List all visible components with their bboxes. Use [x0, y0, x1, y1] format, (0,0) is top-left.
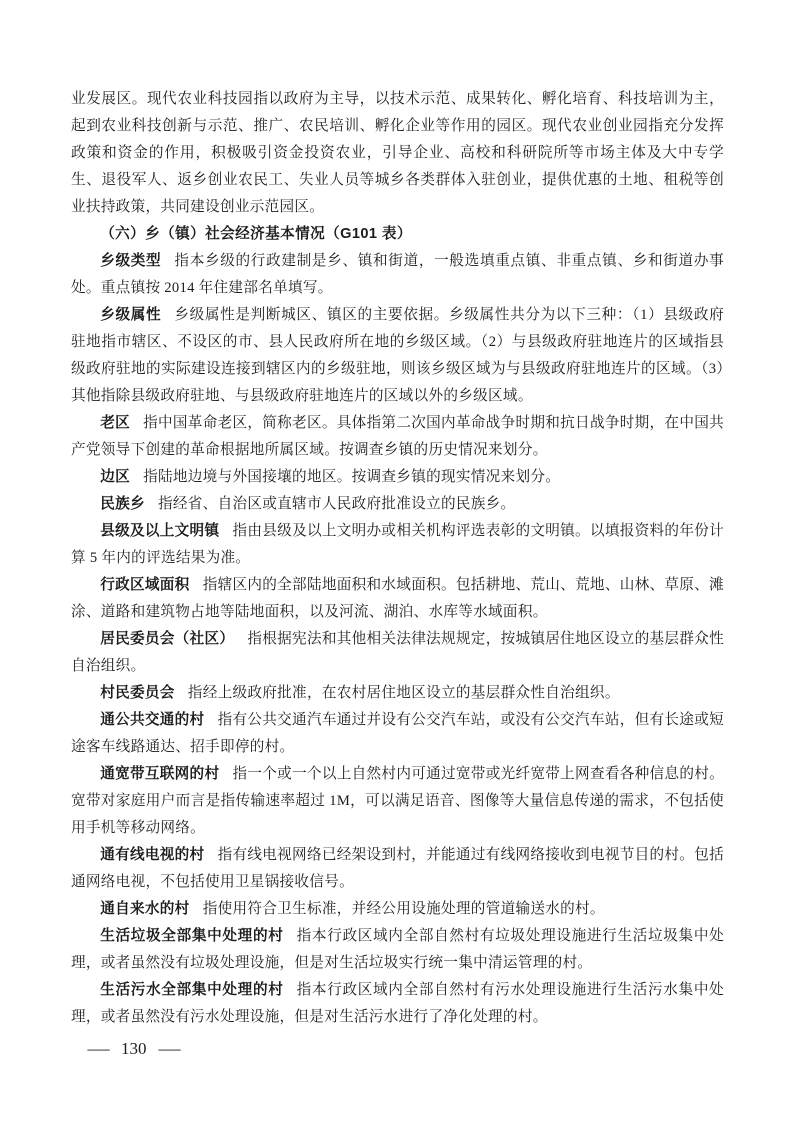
definition-term: 县级及以上文明镇: [100, 523, 219, 539]
definition-text: 指经上级政府批准，在农村居住地区设立的基层群众性自治组织。: [188, 685, 620, 701]
definition-entry: 生活污水全部集中处理的村指本行政区域内全部自然村有污水处理设施进行生活污水集中处…: [71, 977, 724, 1031]
definition-text: 指使用符合卫生标准，并经公用设施处理的管道输送水的村。: [203, 901, 605, 917]
definitions-list: 乡级类型指本乡级的行政建制是乡、镇和街道，一般选填重点镇、非重点镇、乡和街道办事…: [71, 248, 724, 1031]
definition-term: 老区: [100, 415, 130, 431]
definition-entry: 边区指陆地边境与外国接壤的地区。按调查乡镇的现实情况来划分。: [71, 464, 724, 491]
definition-term: 通公共交通的村: [100, 712, 204, 728]
continuation-paragraph: 业发展区。现代农业科技园指以政府为主导，以技术示范、成果转化、孵化培育、科技培训…: [71, 86, 724, 221]
definition-term: 通有线电视的村: [100, 847, 204, 863]
definition-term: 边区: [100, 469, 130, 485]
definition-entry: 村民委员会指经上级政府批准，在农村居住地区设立的基层群众性自治组织。: [71, 680, 724, 707]
definition-text: 指陆地边境与外国接壤的地区。按调查乡镇的现实情况来划分。: [143, 469, 560, 485]
definition-term: 居民委员会（社区）: [100, 631, 234, 647]
definition-entry: 通自来水的村指使用符合卫生标准，并经公用设施处理的管道输送水的村。: [71, 896, 724, 923]
definition-term: 通自来水的村: [100, 901, 189, 917]
definition-term: 生活污水全部集中处理的村: [100, 982, 283, 998]
definition-entry: 县级及以上文明镇指由县级及以上文明办或相关机构评选表彰的文明镇。以填报资料的年份…: [71, 518, 724, 572]
page-number: 130: [121, 1038, 147, 1060]
definition-entry: 居民委员会（社区）指根据宪法和其他相关法律法规规定，按城镇居住地区设立的基层群众…: [71, 626, 724, 680]
definition-text: 乡级属性是判断城区、镇区的主要依据。乡级属性共分为以下三种：（1）县级政府驻地指…: [71, 307, 724, 404]
definition-text: 指中国革命老区，简称老区。具体指第二次国内革命战争时期和抗日战争时期，在中国共产…: [71, 415, 724, 458]
definition-term: 乡级属性: [100, 307, 161, 323]
definition-entry: 通宽带互联网的村指一个或一个以上自然村内可通过宽带或光纤宽带上网查看各种信息的村…: [71, 761, 724, 842]
page-content: 业发展区。现代农业科技园指以政府为主导，以技术示范、成果转化、孵化培育、科技培训…: [71, 86, 724, 1031]
definition-term: 通宽带互联网的村: [100, 766, 219, 782]
definition-term: 民族乡: [100, 496, 145, 512]
definition-text: 指本乡级的行政建制是乡、镇和街道，一般选填重点镇、非重点镇、乡和街道办事处。重点…: [71, 253, 724, 296]
definition-entry: 乡级类型指本乡级的行政建制是乡、镇和街道，一般选填重点镇、非重点镇、乡和街道办事…: [71, 248, 724, 302]
footer-left-dash: —: [87, 1038, 109, 1060]
definition-entry: 行政区域面积指辖区内的全部陆地面积和水域面积。包括耕地、荒山、荒地、山林、草原、…: [71, 572, 724, 626]
section-heading: （六）乡（镇）社会经济基本情况（G101 表）: [71, 221, 724, 248]
definition-entry: 老区指中国革命老区，简称老区。具体指第二次国内革命战争时期和抗日战争时期，在中国…: [71, 410, 724, 464]
definition-entry: 通公共交通的村指有公共交通汽车通过并设有公交汽车站，或没有公交汽车站，但有长途或…: [71, 707, 724, 761]
definition-entry: 民族乡指经省、自治区或直辖市人民政府批准设立的民族乡。: [71, 491, 724, 518]
page-footer: —130—: [90, 1038, 178, 1060]
document-page: 业发展区。现代农业科技园指以政府为主导，以技术示范、成果转化、孵化培育、科技培训…: [0, 0, 793, 1122]
definition-entry: 乡级属性乡级属性是判断城区、镇区的主要依据。乡级属性共分为以下三种：（1）县级政…: [71, 302, 724, 410]
definition-entry: 通有线电视的村指有线电视网络已经架设到村，并能通过有线网络接收到电视节目的村。包…: [71, 842, 724, 896]
definition-term: 行政区域面积: [100, 577, 189, 593]
definition-term: 村民委员会: [100, 685, 174, 701]
definition-term: 乡级类型: [100, 253, 161, 269]
footer-right-dash: —: [158, 1038, 180, 1060]
definition-entry: 生活垃圾全部集中处理的村指本行政区域内全部自然村有垃圾处理设施进行生活垃圾集中处…: [71, 923, 724, 977]
definition-term: 生活垃圾全部集中处理的村: [100, 928, 283, 944]
definition-text: 指经省、自治区或直辖市人民政府批准设立的民族乡。: [158, 496, 515, 512]
